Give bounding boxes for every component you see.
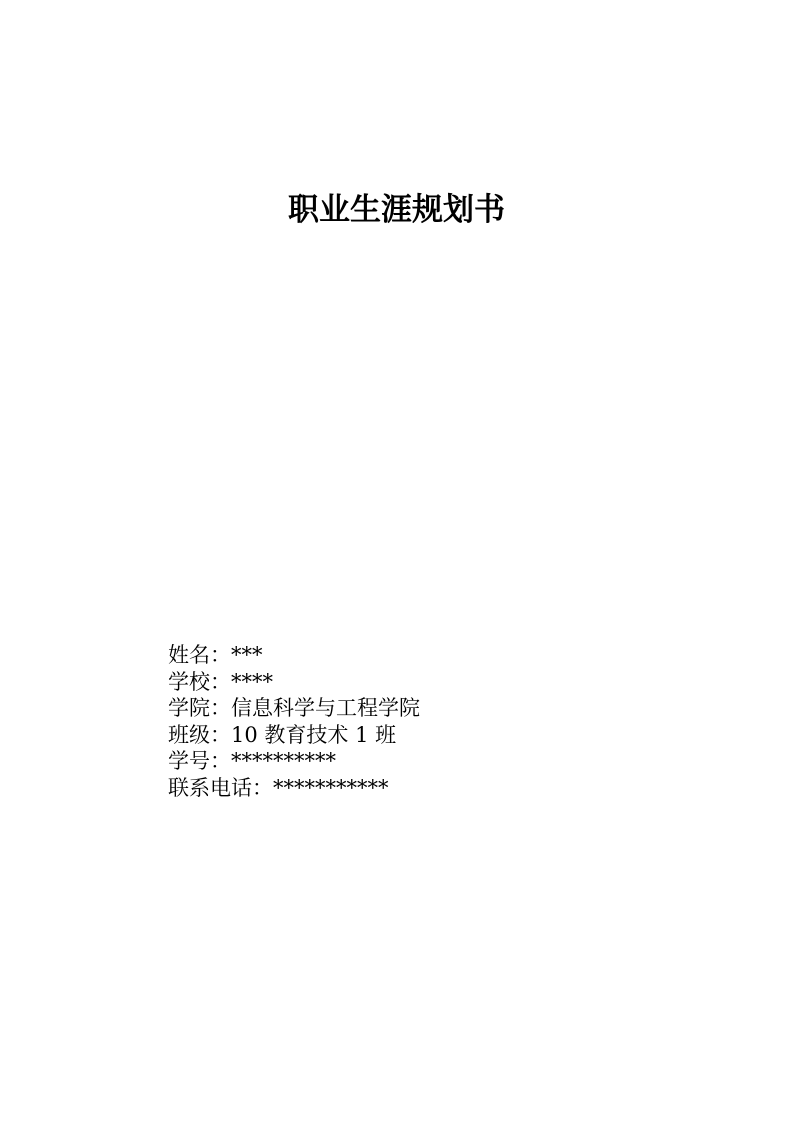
info-label-class: 班级： [168,723,231,747]
info-value-college: 信息科学与工程学院 [231,696,420,720]
info-label-name: 姓名： [168,643,231,667]
info-label-college: 学院： [168,696,231,720]
info-value-student-id: ********** [231,749,336,773]
info-row-student-id: 学号：********** [168,748,420,775]
info-value-name: *** [231,643,263,667]
personal-info-block: 姓名：*** 学校：**** 学院：信息科学与工程学院 班级：10 教育技术 1… [168,642,420,801]
info-label-school: 学校： [168,670,231,694]
info-row-class: 班级：10 教育技术 1 班 [168,722,420,749]
info-label-phone: 联系电话： [168,776,273,800]
info-value-school: **** [231,670,273,694]
info-row-name: 姓名：*** [168,642,420,669]
info-row-phone: 联系电话：*********** [168,775,420,802]
info-row-college: 学院：信息科学与工程学院 [168,695,420,722]
info-label-student-id: 学号： [168,749,231,773]
info-value-phone: *********** [273,776,389,800]
info-value-class: 10 教育技术 1 班 [231,723,396,747]
info-row-school: 学校：**** [168,669,420,696]
document-title: 职业生涯规划书 [0,188,793,232]
